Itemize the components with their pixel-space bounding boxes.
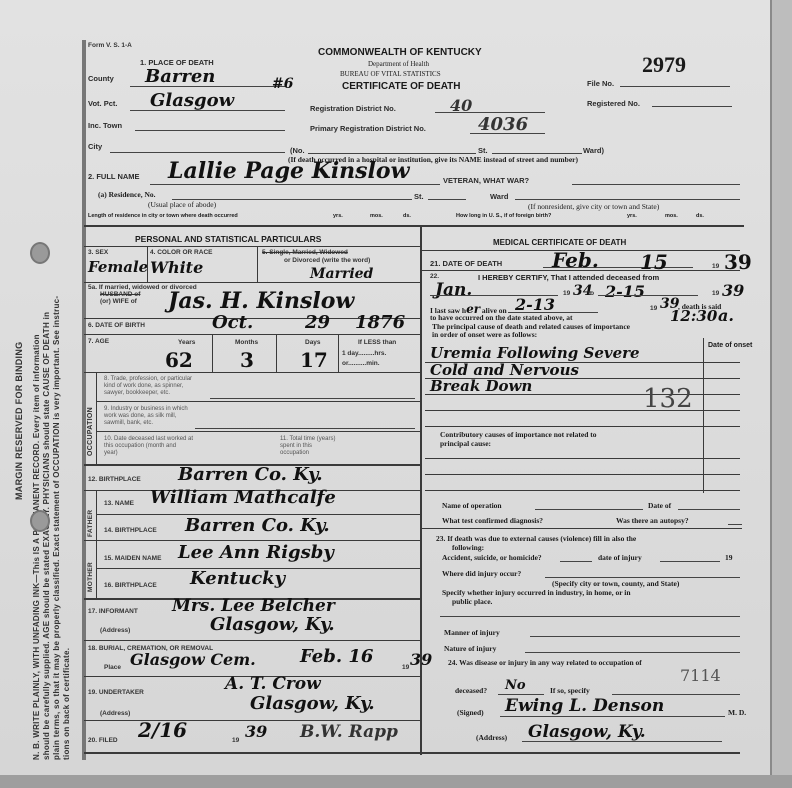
residence-note: (Usual place of abode)	[148, 200, 216, 209]
filed-year-value: 39	[245, 722, 267, 741]
certificate-title: CERTIFICATE OF DEATH	[342, 81, 461, 92]
informant-address-value: Glasgow, Ky.	[210, 614, 335, 635]
rule	[425, 426, 740, 427]
inc-town-field[interactable]	[135, 130, 285, 131]
test-label: What test confirmed diagnosis?	[442, 516, 543, 525]
rule	[420, 270, 740, 271]
specify-label: Specify whether injury occurred in indus…	[442, 588, 631, 606]
md-label: M. D.	[728, 708, 746, 717]
nature-field[interactable]	[525, 652, 740, 653]
section-divider	[84, 225, 744, 227]
spouse-value: Jas. H. Kinslow	[168, 288, 354, 314]
marital-value: Married	[310, 266, 373, 282]
county-label: County	[88, 74, 114, 83]
cause-code: 132	[643, 384, 693, 414]
margin-instruction-2: should be carefully supplied. AGE should…	[42, 312, 52, 760]
rule	[84, 246, 420, 247]
veteran-label: VETERAN, WHAT WAR?	[443, 176, 529, 185]
if-so-label: If so, specify	[550, 686, 590, 695]
age-label: 7. AGE	[88, 338, 109, 345]
deceased-label: deceased?	[455, 686, 487, 695]
industry-label: 9. Industry or business in which work wa…	[104, 406, 188, 427]
external-line: following:	[436, 543, 636, 552]
inc-town-label: Inc. Town	[88, 121, 122, 130]
margin-instruction-1: N. B. WRITE PLAINLY, WITH UNFADING INK—T…	[32, 334, 42, 760]
industry-label-line: 9. Industry or business in which	[104, 406, 188, 413]
full-name-value: Lallie Page Kinslow	[168, 158, 410, 184]
rule	[84, 282, 420, 283]
attended-from: Jan.	[435, 280, 472, 300]
age-days: 17	[300, 348, 328, 372]
rule	[84, 752, 420, 754]
last-worked-label-line: year)	[104, 450, 193, 457]
code-value: 7114	[680, 666, 721, 685]
rule	[84, 540, 420, 541]
informant-address-label: (Address)	[100, 627, 130, 634]
registered-no-label: Registered No.	[587, 99, 640, 108]
external-line: 23. If death was due to external causes …	[436, 534, 636, 543]
veteran-field[interactable]	[572, 184, 740, 185]
father-birthplace-label: 14. BIRTHPLACE	[104, 527, 157, 534]
personal-heading: PERSONAL AND STATISTICAL PARTICULARS	[135, 234, 321, 244]
county-value: Barren	[145, 66, 215, 87]
us-mos-label: mos.	[665, 213, 678, 219]
less-day-label: 1 day.........hrs.	[342, 350, 386, 357]
injury-year-prefix: 19	[725, 553, 733, 562]
residence-st-field[interactable]	[428, 199, 466, 200]
rule	[96, 372, 97, 464]
rule	[96, 431, 420, 432]
last-worked-label: 10. Date deceased last worked at this oc…	[104, 436, 193, 457]
mother-name-label: 15. MAIDEN NAME	[104, 555, 161, 562]
no-label: (No.	[290, 146, 305, 155]
where-field[interactable]	[545, 577, 740, 578]
address-field[interactable]	[522, 741, 722, 742]
rule	[276, 334, 277, 372]
trade-label-line: 8. Trade, profession, or particular	[104, 376, 192, 383]
last-saw-year-prefix: 19	[650, 305, 657, 312]
registered-no-field[interactable]	[652, 106, 732, 107]
mother-birthplace-value: Kentucky	[190, 568, 285, 589]
rule	[425, 490, 740, 491]
residence-ward-field[interactable]	[515, 199, 740, 200]
undertaker-value: A. T. Crow	[225, 674, 321, 694]
total-time-label: 11. Total time (years) spent in this occ…	[280, 436, 335, 457]
rule	[425, 410, 740, 411]
injury-date-field[interactable]	[660, 561, 720, 562]
manner-label: Manner of injury	[444, 628, 500, 637]
date-onset-label: Date of onset	[708, 342, 740, 350]
residence-st-label: St.	[414, 192, 424, 201]
file-no-field[interactable]	[620, 86, 730, 87]
mos-label: mos.	[370, 213, 383, 219]
city-label: City	[88, 142, 102, 151]
margin-instruction-4: tions on back of certificate.	[62, 648, 72, 760]
occupation-related-label: 24. Was disease or injury in any way rel…	[448, 658, 642, 667]
full-name-label: 2. FULL NAME	[88, 172, 140, 181]
principal-cause-label: The principal cause of death and related…	[432, 323, 630, 339]
rule	[84, 334, 420, 335]
us-yrs-label: yrs.	[627, 213, 637, 219]
margin-instruction-3: plain terms, so that it may be properly …	[52, 296, 62, 760]
contributory-label: Contributory causes of importance not re…	[440, 430, 597, 448]
page-edge-bottom	[0, 775, 792, 788]
total-time-label-line: occupation	[280, 450, 335, 457]
reg-district-value: 40	[450, 96, 472, 115]
occurred-label: to have occurred on the date stated abov…	[430, 313, 573, 322]
last-worked-label-line: this occupation (month and	[104, 443, 193, 450]
last-worked-label-line: 10. Date deceased last worked at	[104, 436, 193, 443]
industry-label-line: work was done, as silk mill,	[104, 413, 188, 420]
marital-label: 5. Single, Married, Widowed	[262, 249, 348, 256]
spouse-label-2: HUSBAND of	[100, 291, 140, 298]
signed-value: Ewing L. Denson	[505, 696, 664, 716]
city-field[interactable]	[110, 152, 285, 153]
operation-label: Name of operation	[442, 501, 502, 510]
file-no-label: File No.	[587, 79, 614, 88]
dob-day: 29	[305, 312, 330, 333]
injury-place-field[interactable]	[440, 616, 740, 617]
residence-ward-label: Ward	[490, 192, 508, 201]
trade-label: 8. Trade, profession, or particular kind…	[104, 376, 192, 397]
primary-reg-value: 4036	[478, 114, 528, 135]
binding-hole-bottom	[30, 510, 50, 532]
certify-statement: I HEREBY CERTIFY, That I attended deceas…	[478, 273, 659, 282]
sex-value: Female	[88, 258, 148, 276]
date-of-death-label: 21. DATE OF DEATH	[430, 259, 502, 268]
rule	[84, 640, 420, 641]
informant-label: 17. INFORMANT	[88, 608, 138, 615]
margin-reserved-label: MARGIN RESERVED FOR BINDING	[14, 342, 24, 500]
rule	[212, 334, 213, 372]
address-value: Glasgow, Ky.	[528, 722, 646, 742]
father-label: FATHER	[86, 510, 96, 537]
nature-label: Nature of injury	[444, 644, 496, 653]
filed-value: 2/16	[138, 718, 187, 742]
deceased-value: No	[505, 678, 526, 693]
undertaker-address-value: Glasgow, Ky.	[250, 693, 375, 714]
cause-line-3: Break Down	[430, 377, 532, 395]
dod-year-prefix: 19	[712, 263, 719, 270]
principal-cause-line: in order of onset were as follows:	[432, 331, 630, 339]
page-edge	[770, 0, 792, 788]
stamp-number: 2979	[642, 52, 686, 78]
operation-date-label: Date of	[648, 501, 671, 510]
cause-line-1: Uremia Following Severe	[430, 344, 640, 362]
color-value: White	[150, 258, 203, 277]
time-value: 12:30	[670, 307, 717, 325]
medical-heading: MEDICAL CERTIFICATE OF DEATH	[493, 238, 626, 247]
total-time-label-line: spent in this	[280, 443, 335, 450]
us-ds-label: ds.	[696, 213, 704, 219]
bureau-name: BUREAU OF VITAL STATISTICS	[340, 70, 441, 78]
signature-field[interactable]	[500, 716, 725, 717]
primary-reg-label: Primary Registration District No.	[310, 124, 426, 133]
how-long-label: How long in U. S., if of foreign birth?	[456, 213, 551, 219]
attended-from-year-prefix: 19	[563, 290, 570, 297]
operation-date-field[interactable]	[678, 509, 740, 510]
dob-label: 6. DATE OF BIRTH	[88, 322, 145, 329]
st-label: St.	[478, 146, 488, 155]
binding-margin: MARGIN RESERVED FOR BINDING N. B. WRITE …	[0, 0, 80, 775]
vot-pct-label: Vot. Pct.	[88, 99, 117, 108]
binding-hole-top	[30, 242, 50, 264]
birthplace-label: 12. BIRTHPLACE	[88, 476, 141, 483]
mother-birthplace-label: 16. BIRTHPLACE	[104, 582, 157, 589]
street-field[interactable]	[492, 153, 582, 154]
occupation-label: OCCUPATION	[86, 407, 96, 456]
full-name-field[interactable]	[150, 184, 440, 185]
attended-to-label: to	[588, 290, 594, 297]
age-years: 62	[165, 348, 193, 372]
where-label: Where did injury occur?	[442, 569, 521, 578]
specify-line: Specify whether injury occurred in indus…	[442, 588, 631, 597]
trade-label-line: kind of work done, as spinner,	[104, 383, 192, 390]
rule	[147, 246, 148, 282]
contributory-line: Contributory causes of importance not re…	[440, 430, 597, 439]
time-suffix: a.	[718, 306, 734, 325]
length-residence-label: Length of residence in city or town wher…	[88, 213, 238, 219]
certify-text: I HEREBY CERTIFY, That I attended deceas…	[478, 273, 659, 282]
signed-label: (Signed)	[457, 708, 484, 717]
trade-field[interactable]	[210, 398, 415, 399]
burial-place-label: Place	[104, 664, 121, 671]
form-border	[82, 40, 86, 760]
if-so-field[interactable]	[612, 694, 740, 695]
burial-year-prefix: 19	[402, 664, 409, 671]
father-birthplace-value: Barren Co. Ky.	[185, 515, 330, 536]
rule	[84, 372, 420, 373]
dob-year: 1876	[355, 312, 405, 333]
father-name-label: 13. NAME	[104, 500, 134, 507]
undertaker-label: 19. UNDERTAKER	[88, 689, 144, 696]
marital-label-2: or Divorced (write the word)	[284, 257, 370, 264]
years-label: Years	[178, 339, 195, 346]
attended-to-year: 39	[722, 281, 744, 300]
months-label: Months	[235, 339, 258, 346]
certify-number: 22.	[430, 273, 439, 280]
accident-field[interactable]	[560, 561, 592, 562]
date-of-death-month: Feb.	[552, 248, 599, 272]
deceased-field[interactable]	[498, 694, 544, 695]
registrar-signature: B.W. Rapp	[300, 722, 398, 742]
address-label: (Address)	[476, 733, 507, 742]
undertaker-address-label: (Address)	[100, 710, 130, 717]
rule	[257, 246, 258, 282]
industry-field[interactable]	[195, 428, 415, 429]
ward-label: Ward)	[583, 146, 604, 155]
rule	[425, 474, 740, 475]
filed-label: 20. FILED	[88, 737, 118, 744]
reg-district-label: Registration District No.	[310, 104, 396, 113]
autopsy-label: Was there an autopsy?	[616, 516, 689, 525]
rule	[84, 720, 420, 721]
residence-label: (a) Residence, No.	[98, 190, 156, 199]
mother-label: MOTHER	[86, 562, 96, 592]
burial-date-value: Feb. 16	[300, 646, 373, 667]
accident-label: Accident, suicide, or homicide?	[442, 553, 542, 562]
manner-field[interactable]	[530, 636, 740, 637]
father-name-value: William Mathcalfe	[150, 487, 336, 508]
mother-name-value: Lee Ann Rigsby	[178, 542, 334, 563]
attended-to-field[interactable]	[598, 295, 698, 296]
birthplace-value: Barren Co. Ky.	[178, 464, 323, 485]
specify-line: public place.	[442, 597, 631, 606]
injury-date-label: date of injury	[598, 553, 642, 562]
rule	[420, 752, 740, 754]
ds-label: ds.	[403, 213, 411, 219]
form-id: Form V. S. 1-A	[88, 42, 132, 49]
rule	[420, 528, 742, 529]
street-no-field[interactable]	[308, 153, 476, 154]
contributory-line: principal cause:	[440, 439, 597, 448]
age-months: 3	[240, 348, 254, 372]
rule	[425, 458, 740, 459]
autopsy-field[interactable]	[728, 524, 742, 525]
less-min-label: or..........min.	[342, 360, 380, 367]
dob-month: Oct.	[212, 312, 253, 333]
nonresident-note: (If nonresident, give city or town and S…	[528, 202, 659, 211]
trade-label-line: sawyer, bookkeeper, etc.	[104, 390, 192, 397]
column-divider	[420, 225, 422, 755]
informant-value: Mrs. Lee Belcher	[172, 596, 335, 616]
attended-to: 2-15	[605, 282, 645, 301]
rule	[96, 401, 420, 402]
rule	[96, 490, 97, 598]
industry-label-line: sawmill, bank, etc.	[104, 420, 188, 427]
less-than-label: If LESS than	[358, 339, 396, 346]
sex-label: 3. SEX	[88, 249, 108, 256]
burial-place-value: Glasgow Cem.	[130, 650, 256, 669]
yrs-label: yrs.	[333, 213, 343, 219]
department-name: Department of Health	[368, 60, 429, 68]
burial-year-value: 39	[410, 650, 432, 669]
days-label: Days	[305, 339, 321, 346]
color-label: 4. COLOR OR RACE	[150, 249, 212, 256]
state-title: COMMONWEALTH OF KENTUCKY	[318, 47, 482, 58]
county-note: #6	[272, 76, 293, 92]
filed-year-prefix: 19	[232, 737, 239, 744]
operation-field[interactable]	[535, 509, 643, 510]
spouse-label-3: (or) WIFE of	[100, 298, 137, 305]
where-note: (Specify city or town, county, and State…	[552, 579, 679, 588]
external-label: 23. If death was due to external causes …	[436, 534, 636, 552]
attended-to-year-prefix: 19	[712, 290, 719, 297]
rule	[338, 334, 339, 372]
vot-pct-value: Glasgow	[150, 90, 234, 111]
total-time-label-line: 11. Total time (years)	[280, 436, 335, 443]
